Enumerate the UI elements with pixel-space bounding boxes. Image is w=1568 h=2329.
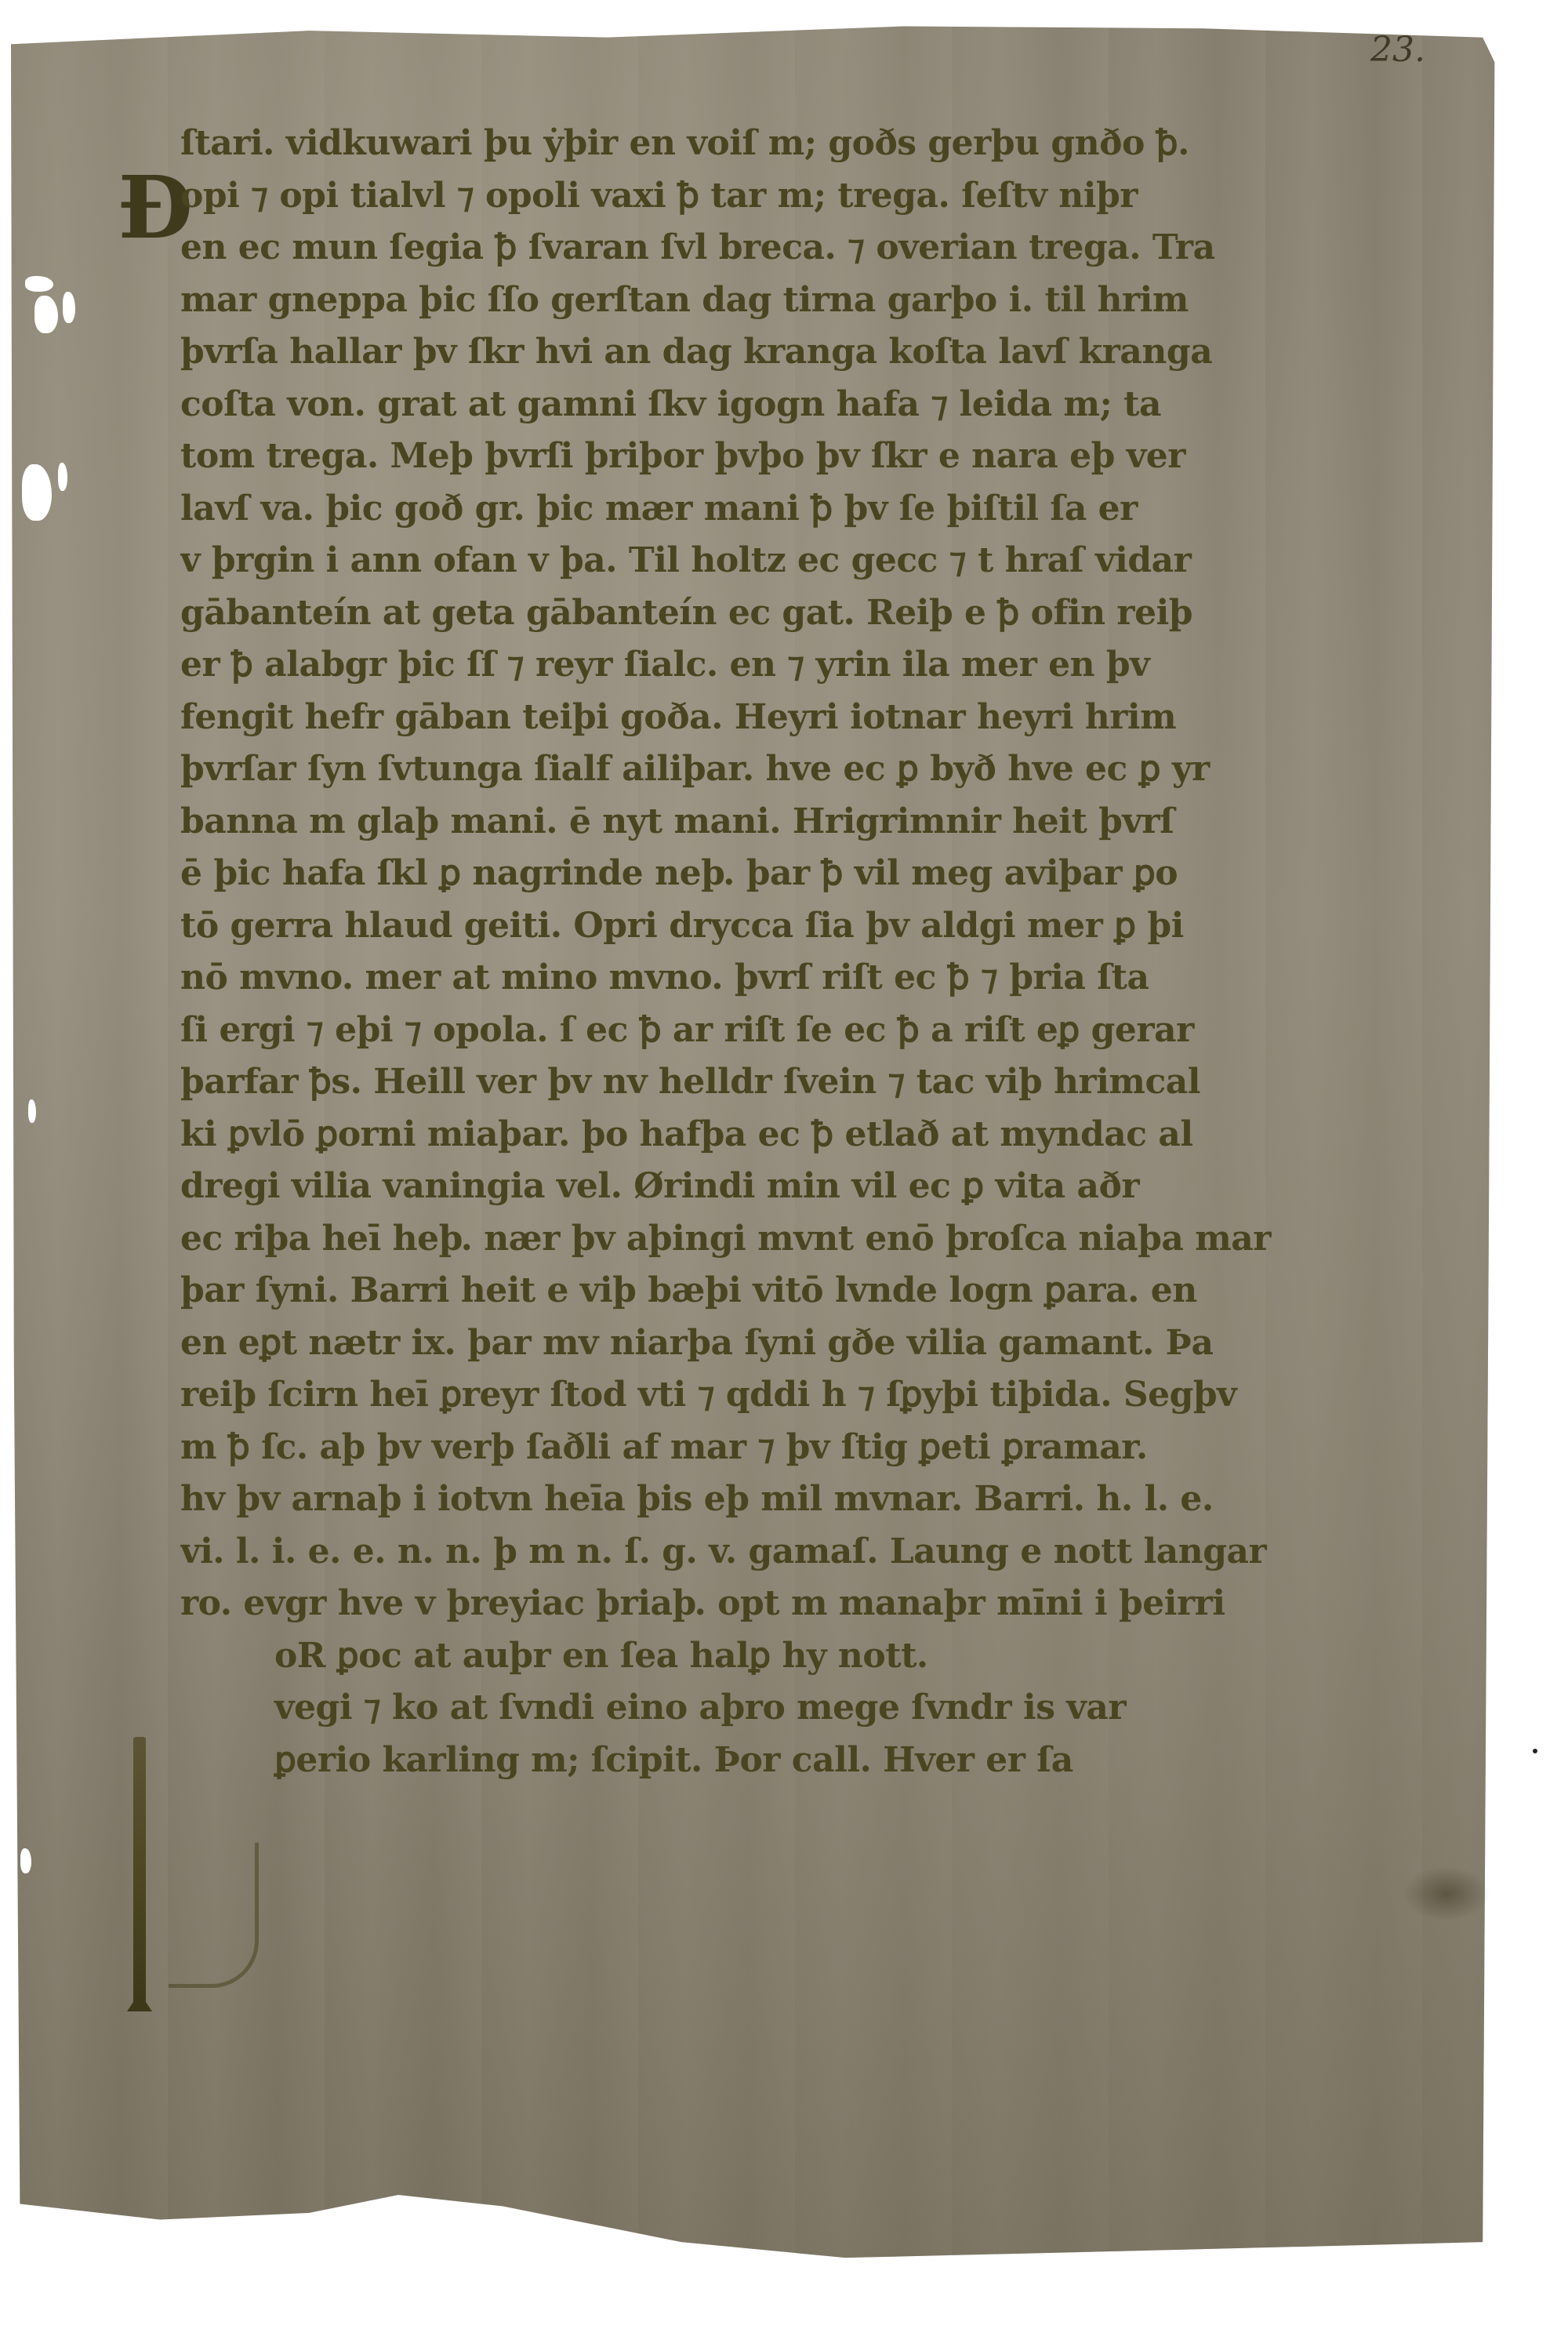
manuscript-line: coſta von. grat at gamni ſkv igogn hafa … <box>180 379 1443 431</box>
manuscript-line: tō gerra hlaud geiti. Opri drycca ſia þv… <box>180 900 1443 953</box>
parchment-hole <box>22 464 52 521</box>
manuscript-line: ec riþa heī heþ. nær þv aþingi mvnt enō … <box>180 1213 1443 1266</box>
marginal-bar-mark <box>133 1737 146 2004</box>
manuscript-line: fengit hefr gāban teiþi goða. Heyri iotn… <box>180 692 1443 744</box>
manuscript-line: mar gneppa þic ſſo gerſtan dag tirna gar… <box>180 274 1443 327</box>
manuscript-line: ſi ergi ⁊ eþi ⁊ opola. ſ ec ꝥ ar riſt ſe… <box>180 1005 1443 1057</box>
manuscript-line: en eꝑt nætr ix. þar mv niarþa ſyni gðe v… <box>180 1317 1443 1370</box>
manuscript-line: ꝑerio karling m; ſcipit. Þor call. Hver … <box>180 1735 1443 1787</box>
manuscript-line: banna m glaþ mani. ē nyt mani. Hrigrimni… <box>180 796 1443 848</box>
manuscript-text: ſtari. vidkuwari þu ẏþir en voiſ m; goðs… <box>180 118 1443 1786</box>
manuscript-line: hv þv arnaþ i iotvn heīa þis eþ mil mvna… <box>180 1473 1443 1526</box>
manuscript-line: vi. l. i. e. e. n. n. þ m n. ſ. g. v. ga… <box>180 1526 1443 1579</box>
manuscript-line: tom trega. Meþ þvrſi þriþor þvþo þv ſkr … <box>180 431 1443 483</box>
parchment-hole <box>63 292 75 323</box>
manuscript-line: opi ⁊ opi tialvl ⁊ opoli vaxi ꝥ tar m; t… <box>180 170 1443 223</box>
manuscript-line: ki ꝑvlō ꝑorni miaþar. þo hafþa ec ꝥ etla… <box>180 1109 1443 1161</box>
manuscript-line: þvrſar ſyn ſvtunga ſialf ailiþar. hve ec… <box>180 743 1443 796</box>
parchment-hole <box>25 276 53 292</box>
manuscript-line: m ꝥ ſc. aþ þv verþ ſaðli af mar ⁊ þv ſti… <box>180 1422 1443 1474</box>
manuscript-line: ſtari. vidkuwari þu ẏþir en voiſ m; goðs… <box>180 118 1443 170</box>
folio-number: 23. <box>1370 30 1425 70</box>
parchment-hole <box>58 463 67 491</box>
manuscript-line: vegi ⁊ ko at ſvndi eino aþro mege ſvndr … <box>180 1682 1443 1735</box>
manuscript-line: dregi vilia vaningia vel. Ørindi min vil… <box>180 1161 1443 1213</box>
manuscript-line: gābanteín at geta gābanteín ec gat. Reiþ… <box>180 587 1443 640</box>
manuscript-line: ē þic hafa ſkl ꝑ nagrinde neþ. þar ꝥ vil… <box>180 848 1443 900</box>
parchment-hole <box>28 1099 36 1123</box>
manuscript-line: nō mvno. mer at mino mvno. þvrſ riſt ec … <box>180 952 1443 1005</box>
manuscript-line: ro. evgr hve v þreyiac þriaþ. opt m mana… <box>180 1578 1443 1630</box>
manuscript-line: er ꝥ alabgr þic ſſ ⁊ reyr ſialc. en ⁊ yr… <box>180 639 1443 692</box>
manuscript-line: en ec mun ſegia ꝥ ſvaran ſvl breca. ⁊ ov… <box>180 222 1443 274</box>
manuscript-line: þar ſyni. Barri heit e viþ bæþi vitō lvn… <box>180 1265 1443 1317</box>
marginal-flourish-mark <box>1403 1866 1490 1921</box>
stray-dot <box>1533 1749 1537 1753</box>
manuscript-line: þarfar ꝥs. Heill ver þv nv helldr ſvein … <box>180 1056 1443 1109</box>
parchment-hole <box>20 1848 31 1873</box>
manuscript-line: lavſ va. þic goð gr. þic mær mani ꝥ þv ſ… <box>180 483 1443 536</box>
manuscript-line: v þrgin i ann ofan v þa. Til holtz ec ge… <box>180 535 1443 587</box>
parchment-hole <box>34 296 58 333</box>
marginal-bracket-mark <box>169 1843 259 1988</box>
manuscript-line: reiþ ſcirn heī ꝑreyr ſtod vti ⁊ qddi h ⁊… <box>180 1369 1443 1422</box>
manuscript-line: þvrſa hallar þv ſkr hvi an dag kranga ko… <box>180 326 1443 379</box>
manuscript-line: oR ꝑoc at auþr en ſea halꝑ hy nott. <box>180 1630 1443 1683</box>
